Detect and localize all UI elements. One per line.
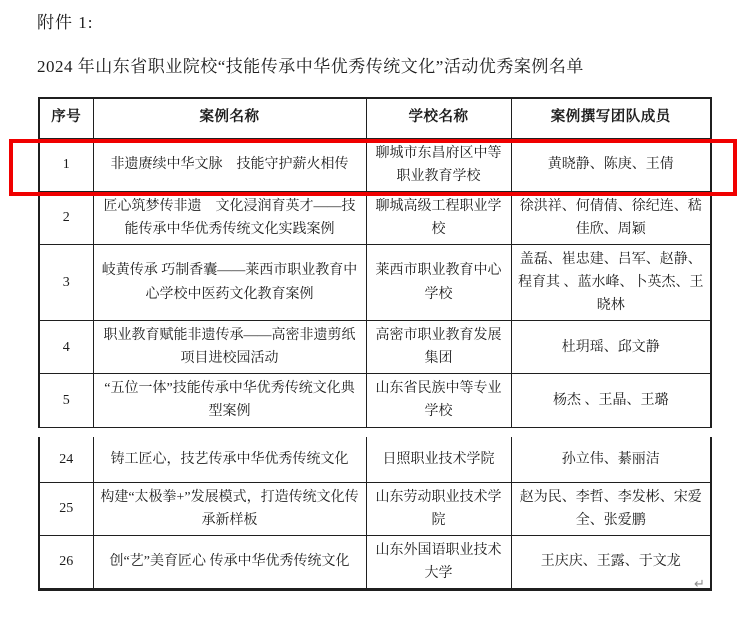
- cell-school-name: 聊城高级工程职业学校: [366, 191, 511, 244]
- cell-no: 2: [39, 191, 93, 244]
- table-row: 4 职业教育赋能非遗传承——高密非遗剪纸项目进校园活动 高密市职业教育发展集团 …: [39, 321, 711, 374]
- cell-school-name: 山东劳动职业技术学院: [366, 482, 511, 535]
- cell-case-name: 岐黄传承 巧制香囊——莱西市职业教育中心学校中医药文化教育案例: [93, 244, 366, 320]
- cell-no: 5: [39, 374, 93, 427]
- cases-table-section-1: 序号 案例名称 学校名称 案例撰写团队成员 1 非遗赓续中华文脉 技能守护薪火相…: [38, 97, 712, 428]
- cell-team-members: 杜玥瑶、邱文静: [511, 321, 711, 374]
- table-row: 26 创“艺”美育匠心 传承中华优秀传统文化 山东外国语职业技术大学 王庆庆、王…: [39, 535, 711, 589]
- cell-school-name: 聊城市东昌府区中等职业教育学校: [366, 138, 511, 191]
- cell-case-name: 职业教育赋能非遗传承——高密非遗剪纸项目进校园活动: [93, 321, 366, 374]
- header-no: 序号: [39, 98, 93, 138]
- cell-school-name: 高密市职业教育发展集团: [366, 321, 511, 374]
- table-row: 2 匠心筑梦传非遗 文化浸润育英才——技能传承中华优秀传统文化实践案例 聊城高级…: [39, 191, 711, 244]
- cell-case-name: 匠心筑梦传非遗 文化浸润育英才——技能传承中华优秀传统文化实践案例: [93, 191, 366, 244]
- header-school-name: 学校名称: [366, 98, 511, 138]
- cell-case-name: “五位一体”技能传承中华优秀传统文化典型案例: [93, 374, 366, 427]
- cell-team-members: 孙立伟、綦丽洁: [511, 437, 711, 482]
- cell-no: 24: [39, 437, 93, 482]
- header-team-members: 案例撰写团队成员: [511, 98, 711, 138]
- table-row: 5 “五位一体”技能传承中华优秀传统文化典型案例 山东省民族中等专业学校 杨杰 …: [39, 374, 711, 427]
- cell-school-name: 山东外国语职业技术大学: [366, 535, 511, 589]
- cell-no: 4: [39, 321, 93, 374]
- cell-case-name: 铸工匠心，技艺传承中华优秀传统文化: [93, 437, 366, 482]
- cell-no: 26: [39, 535, 93, 589]
- header-case-name: 案例名称: [93, 98, 366, 138]
- table-row: 24 铸工匠心，技艺传承中华优秀传统文化 日照职业技术学院 孙立伟、綦丽洁: [39, 437, 711, 482]
- page-title: 2024 年山东省职业院校“技能传承中华优秀传统文化”活动优秀案例名单: [37, 52, 584, 77]
- table-row: 25 构建“太极拳+”发展模式，打造传统文化传承新样板 山东劳动职业技术学院 赵…: [39, 482, 711, 535]
- cell-no: 1: [39, 138, 93, 191]
- paragraph-mark-icon: ↵: [694, 577, 705, 592]
- cell-case-name: 构建“太极拳+”发展模式，打造传统文化传承新样板: [93, 482, 366, 535]
- cell-team-members: 王庆庆、王露、于文龙: [511, 535, 711, 589]
- table-header-row: 序号 案例名称 学校名称 案例撰写团队成员: [39, 98, 711, 138]
- cell-no: 3: [39, 244, 93, 320]
- cell-case-name: 创“艺”美育匠心 传承中华优秀传统文化: [93, 535, 366, 589]
- cell-team-members: 赵为民、李哲、李发彬、宋爱全、张爱鹏: [511, 482, 711, 535]
- cell-no: 25: [39, 482, 93, 535]
- cell-case-name: 非遗赓续中华文脉 技能守护薪火相传: [93, 138, 366, 191]
- cell-team-members: 徐洪祥、何倩倩、徐纪连、嵇佳欣、周颖: [511, 191, 711, 244]
- attachment-label: 附件 1:: [37, 8, 93, 33]
- cell-team-members: 盖磊、崔忠建、吕军、赵静、程育其 、蓝水峰、卜英杰、王晓林: [511, 244, 711, 320]
- cell-team-members: 杨杰 、王晶、王璐: [511, 374, 711, 427]
- cell-school-name: 山东省民族中等专业学校: [366, 374, 511, 427]
- cell-team-members: 黄晓静、陈庚、王倩: [511, 138, 711, 191]
- table-row: 1 非遗赓续中华文脉 技能守护薪火相传 聊城市东昌府区中等职业教育学校 黄晓静、…: [39, 138, 711, 191]
- cases-table-section-2: 24 铸工匠心，技艺传承中华优秀传统文化 日照职业技术学院 孙立伟、綦丽洁 25…: [38, 437, 712, 591]
- cell-school-name: 日照职业技术学院: [366, 437, 511, 482]
- table-row: 3 岐黄传承 巧制香囊——莱西市职业教育中心学校中医药文化教育案例 莱西市职业教…: [39, 244, 711, 320]
- cell-school-name: 莱西市职业教育中心学校: [366, 244, 511, 320]
